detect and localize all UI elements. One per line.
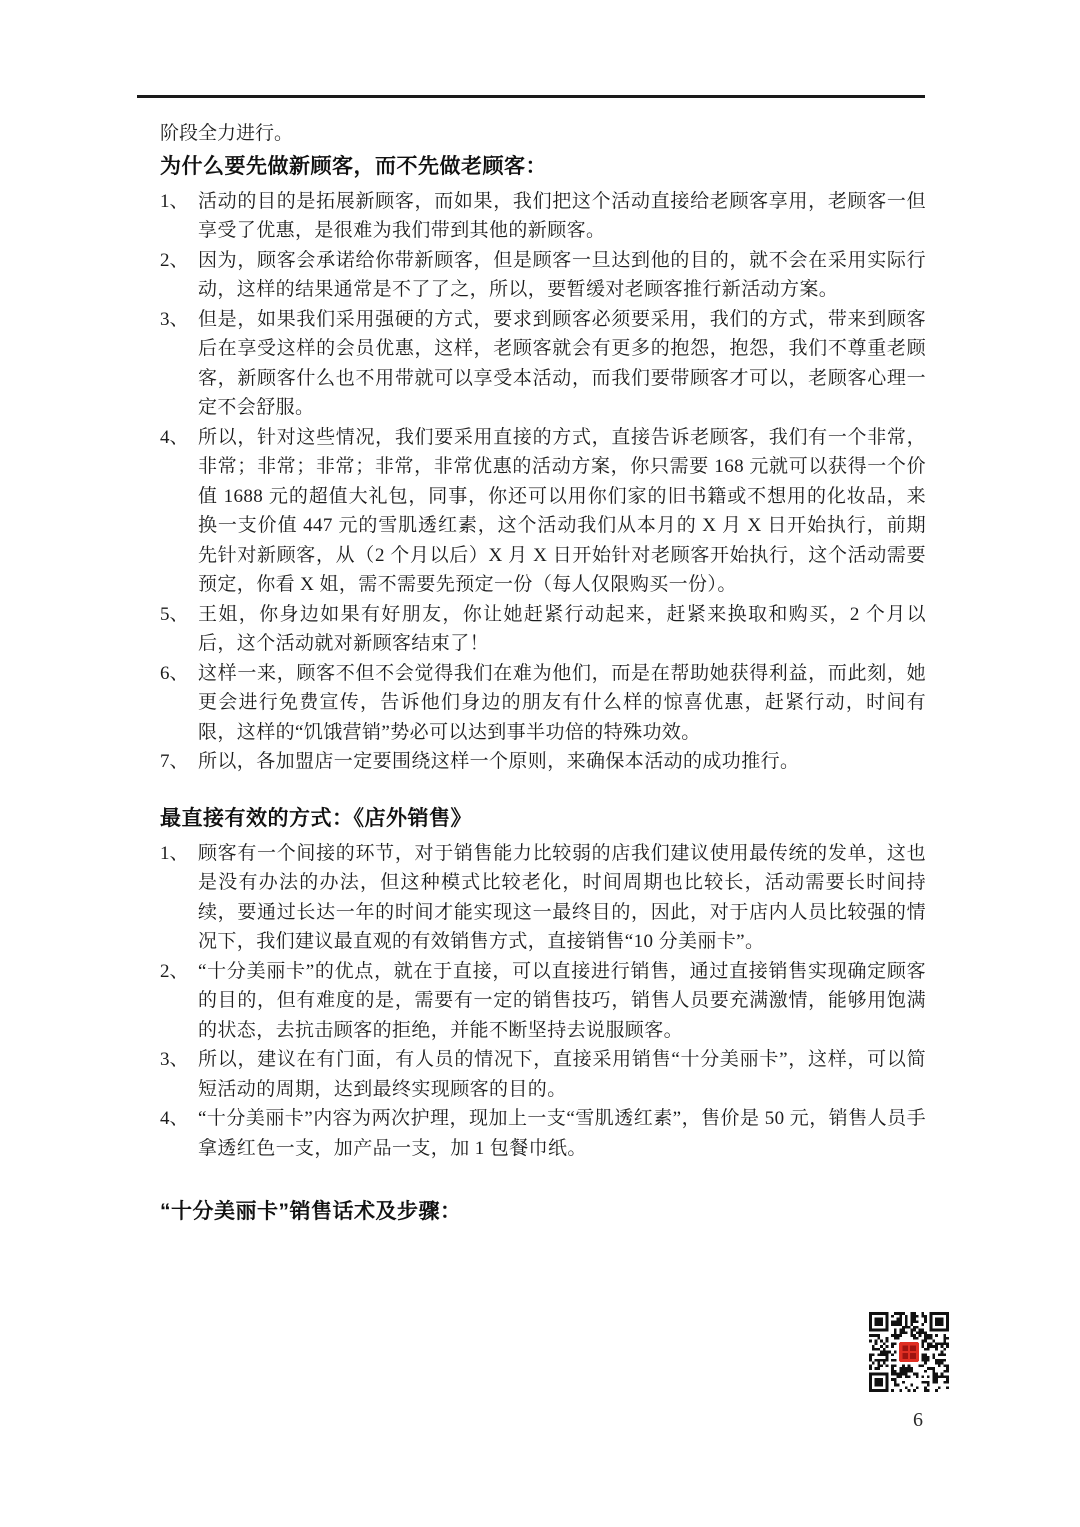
list-item: 3、 所以，建议在有门面，有人员的情况下，直接采用销售“十分美丽卡”，这样，可以… xyxy=(160,1045,926,1104)
list-item: 5、 王姐，你身边如果有好朋友，你让她赶紧行动起来，赶紧来换取和购买，2 个月以… xyxy=(160,600,926,659)
list-outside-sales: 1、 顾客有一个间接的环节，对于销售能力比较弱的店我们建议使用最传统的发单，这也… xyxy=(160,839,926,1164)
list-item-text: 顾客有一个间接的环节，对于销售能力比较弱的店我们建议使用最传统的发单，这也是没有… xyxy=(198,839,926,957)
section-heading-outside-sales: 最直接有效的方式：《店外销售》 xyxy=(160,804,926,834)
list-item-text: “十分美丽卡”内容为两次护理，现加上一支“雪肌透红素”，售价是 50 元，销售人… xyxy=(198,1104,926,1163)
list-item-text: 所以，针对这些情况，我们要采用直接的方式，直接告诉老顾客，我们有一个非常，非常；… xyxy=(198,423,926,600)
list-item-number: 3、 xyxy=(160,305,198,335)
list-why-new-customers: 1、 活动的目的是拓展新顾客，而如果，我们把这个活动直接给老顾客享用，老顾客一但… xyxy=(160,187,926,777)
list-item-number: 5、 xyxy=(160,600,198,630)
list-item-text: 因为，顾客会承诺给你带新顾客，但是顾客一旦达到他的目的，就不会在采用实际行动，这… xyxy=(198,246,926,305)
list-item: 2、 因为，顾客会承诺给你带新顾客，但是顾客一旦达到他的目的，就不会在采用实际行… xyxy=(160,246,926,305)
list-item-text: 王姐，你身边如果有好朋友，你让她赶紧行动起来，赶紧来换取和购买，2 个月以后，这… xyxy=(198,600,926,659)
list-item-number: 2、 xyxy=(160,246,198,276)
list-item-text: 活动的目的是拓展新顾客，而如果，我们把这个活动直接给老顾客享用，老顾客一但享受了… xyxy=(198,187,926,246)
list-item: 6、 这样一来，顾客不但不会觉得我们在难为他们，而是在帮助她获得利益，而此刻，她… xyxy=(160,659,926,748)
list-item-number: 3、 xyxy=(160,1045,198,1075)
list-item-number: 1、 xyxy=(160,839,198,869)
list-item-number: 4、 xyxy=(160,1104,198,1134)
list-item: 3、 但是，如果我们采用强硬的方式，要求到顾客必须要采用，我们的方式，带来到顾客… xyxy=(160,305,926,423)
list-item: 4、 所以，针对这些情况，我们要采用直接的方式，直接告诉老顾客，我们有一个非常，… xyxy=(160,423,926,600)
header-rule xyxy=(137,95,925,98)
document-page: 阶段全力进行。 为什么要先做新顾客，而不先做老顾客： 1、 活动的目的是拓展新顾… xyxy=(0,0,1080,1527)
qr-code xyxy=(868,1312,950,1392)
section-heading-why-new-customers: 为什么要先做新顾客，而不先做老顾客： xyxy=(160,152,926,182)
list-item-number: 7、 xyxy=(160,747,198,777)
list-item-text: 但是，如果我们采用强硬的方式，要求到顾客必须要采用，我们的方式，带来到顾客后在享… xyxy=(198,305,926,423)
document-content: 阶段全力进行。 为什么要先做新顾客，而不先做老顾客： 1、 活动的目的是拓展新顾… xyxy=(160,119,926,1232)
list-item-text: “十分美丽卡”的优点，就在于直接，可以直接进行销售，通过直接销售实现确定顾客的目… xyxy=(198,957,926,1046)
list-item-number: 4、 xyxy=(160,423,198,453)
intro-paragraph: 阶段全力进行。 xyxy=(160,119,926,149)
list-item-number: 2、 xyxy=(160,957,198,987)
list-item: 1、 顾客有一个间接的环节，对于销售能力比较弱的店我们建议使用最传统的发单，这也… xyxy=(160,839,926,957)
list-item: 2、 “十分美丽卡”的优点，就在于直接，可以直接进行销售，通过直接销售实现确定顾… xyxy=(160,957,926,1046)
section-heading-sales-script: “十分美丽卡”销售话术及步骤： xyxy=(160,1197,926,1227)
list-item: 1、 活动的目的是拓展新顾客，而如果，我们把这个活动直接给老顾客享用，老顾客一但… xyxy=(160,187,926,246)
list-item-text: 这样一来，顾客不但不会觉得我们在难为他们，而是在帮助她获得利益，而此刻，她更会进… xyxy=(198,659,926,748)
list-item-text: 所以，建议在有门面，有人员的情况下，直接采用销售“十分美丽卡”，这样，可以简短活… xyxy=(198,1045,926,1104)
list-item-number: 6、 xyxy=(160,659,198,689)
list-item: 4、 “十分美丽卡”内容为两次护理，现加上一支“雪肌透红素”，售价是 50 元，… xyxy=(160,1104,926,1163)
page-number: 6 xyxy=(898,1408,938,1432)
list-item: 7、 所以，各加盟店一定要围绕这样一个原则，来确保本活动的成功推行。 xyxy=(160,747,926,777)
list-item-text: 所以，各加盟店一定要围绕这样一个原则，来确保本活动的成功推行。 xyxy=(198,747,926,777)
list-item-number: 1、 xyxy=(160,187,198,217)
